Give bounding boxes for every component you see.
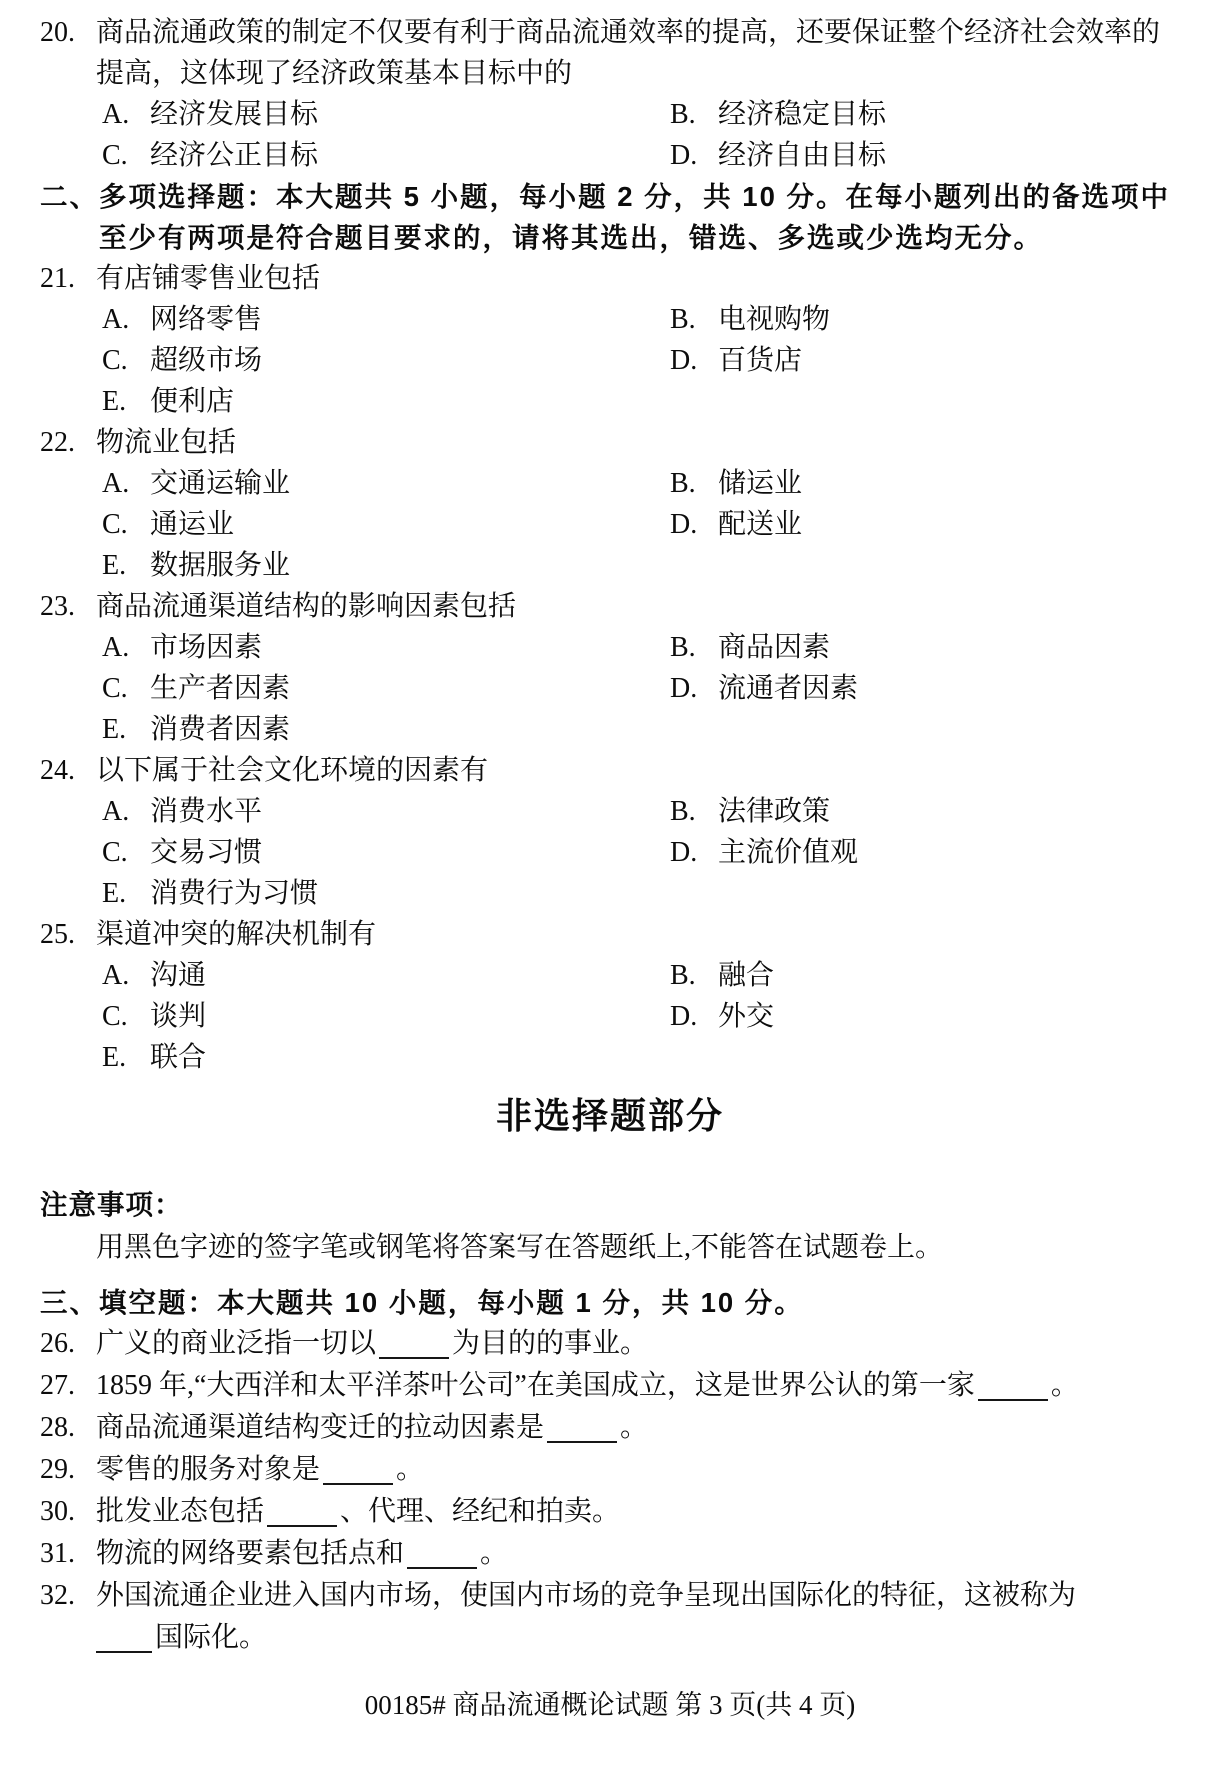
answer-blank — [978, 1399, 1048, 1401]
question-23-options: A.市场因素 B.商品因素 C.生产者因素 D.流通者因素 E.消费者因素 — [102, 627, 1180, 750]
question-22-number: 22. — [40, 422, 96, 463]
question-25: 25. 渠道冲突的解决机制有 — [40, 914, 1180, 955]
option-21-b: B.电视购物 — [670, 299, 1180, 340]
question-20-text: 商品流通政策的制定不仅要有利于商品流通效率的提高，还要保证整个经济社会效率的提高… — [96, 12, 1180, 94]
question-21-options: A.网络零售 B.电视购物 C.超级市场 D.百货店 E.便利店 — [102, 299, 1180, 422]
question-22: 22. 物流业包括 — [40, 422, 1180, 463]
question-28-text: 商品流通渠道结构变迁的拉动因素是。 — [96, 1407, 1180, 1449]
option-23-e-text: 消费者因素 — [150, 714, 290, 745]
option-23-d-text: 流通者因素 — [718, 673, 858, 704]
option-22-b-text: 储运业 — [718, 468, 802, 499]
question-26-post: 为目的的事业。 — [452, 1328, 648, 1359]
question-25-text: 渠道冲突的解决机制有 — [96, 914, 1180, 955]
question-29: 29. 零售的服务对象是。 — [40, 1449, 1180, 1491]
option-20-c: C.经济公正目标 — [102, 135, 670, 176]
option-24-d: D.主流价值观 — [670, 832, 1180, 873]
answer-blank — [96, 1651, 152, 1653]
option-23-c-text: 生产者因素 — [150, 673, 290, 704]
option-23-d: D.流通者因素 — [670, 668, 1180, 709]
option-22-a-label: A. — [102, 463, 150, 504]
question-30-pre: 批发业态包括 — [96, 1496, 264, 1527]
question-32: 32. 外国流通企业进入国内市场，使国内市场的竞争呈现出国际化的特征，这被称为国… — [40, 1575, 1180, 1659]
notice-body: 用黑色字迹的签字笔或钢笔将答案写在答题纸上,不能答在试题卷上。 — [40, 1227, 1180, 1268]
option-25-c: C.谈判 — [102, 996, 670, 1037]
question-29-pre: 零售的服务对象是 — [96, 1454, 320, 1485]
option-21-e-text: 便利店 — [150, 386, 234, 417]
option-25-d-label: D. — [670, 996, 718, 1037]
option-24-e: E.消费行为习惯 — [102, 873, 670, 914]
question-21-text: 有店铺零售业包括 — [96, 258, 1180, 299]
option-21-d: D.百货店 — [670, 340, 1180, 381]
option-23-b-label: B. — [670, 627, 718, 668]
question-23-text: 商品流通渠道结构的影响因素包括 — [96, 586, 1180, 627]
question-31-pre: 物流的网络要素包括点和 — [96, 1538, 404, 1569]
question-30-text: 批发业态包括、代理、经纪和拍卖。 — [96, 1491, 1180, 1533]
option-24-d-label: D. — [670, 832, 718, 873]
option-24-c: C.交易习惯 — [102, 832, 670, 873]
question-31-number: 31. — [40, 1533, 96, 1575]
option-20-a-text: 经济发展目标 — [150, 99, 318, 130]
question-26: 26. 广义的商业泛指一切以为目的的事业。 — [40, 1323, 1180, 1365]
option-21-a: A.网络零售 — [102, 299, 670, 340]
question-23: 23. 商品流通渠道结构的影响因素包括 — [40, 586, 1180, 627]
question-20: 20. 商品流通政策的制定不仅要有利于商品流通效率的提高，还要保证整个经济社会效… — [40, 12, 1180, 94]
option-22-a-text: 交通运输业 — [150, 468, 290, 499]
option-21-e-label: E. — [102, 381, 150, 422]
answer-blank — [407, 1567, 477, 1569]
question-22-text: 物流业包括 — [96, 422, 1180, 463]
option-25-d-text: 外交 — [718, 1001, 774, 1032]
option-24-a-text: 消费水平 — [150, 796, 262, 827]
question-24-text: 以下属于社会文化环境的因素有 — [96, 750, 1180, 791]
answer-blank — [267, 1525, 337, 1527]
option-22-b: B.储运业 — [670, 463, 1180, 504]
question-27-text: 1859 年,“大西洋和太平洋茶叶公司”在美国成立，这是世界公认的第一家。 — [96, 1365, 1180, 1407]
option-21-c: C.超级市场 — [102, 340, 670, 381]
option-23-b-text: 商品因素 — [718, 632, 830, 663]
option-21-c-text: 超级市场 — [150, 345, 262, 376]
option-21-b-text: 电视购物 — [718, 304, 830, 335]
option-22-d: D.配送业 — [670, 504, 1180, 545]
option-20-a-label: A. — [102, 94, 150, 135]
option-23-e-label: E. — [102, 709, 150, 750]
option-25-d: D.外交 — [670, 996, 1180, 1037]
question-28-pre: 商品流通渠道结构变迁的拉动因素是 — [96, 1412, 544, 1443]
question-22-options: A.交通运输业 B.储运业 C.通运业 D.配送业 E.数据服务业 — [102, 463, 1180, 586]
answer-blank — [323, 1483, 393, 1485]
option-20-b-label: B. — [670, 94, 718, 135]
option-23-d-label: D. — [670, 668, 718, 709]
option-24-a-label: A. — [102, 791, 150, 832]
option-21-b-label: B. — [670, 299, 718, 340]
question-23-number: 23. — [40, 586, 96, 627]
question-27-post: 。 — [1051, 1370, 1079, 1401]
option-21-a-label: A. — [102, 299, 150, 340]
question-26-pre: 广义的商业泛指一切以 — [96, 1328, 376, 1359]
question-32-number: 32. — [40, 1575, 96, 1617]
option-22-c-text: 通运业 — [150, 509, 234, 540]
option-21-e: E.便利店 — [102, 381, 670, 422]
option-20-d: D.经济自由目标 — [670, 135, 1180, 176]
question-20-options: A.经济发展目标 B.经济稳定目标 C.经济公正目标 D.经济自由目标 — [102, 94, 1180, 176]
question-21-number: 21. — [40, 258, 96, 299]
question-26-number: 26. — [40, 1323, 96, 1365]
option-25-b-label: B. — [670, 955, 718, 996]
option-24-e-label: E. — [102, 873, 150, 914]
question-25-number: 25. — [40, 914, 96, 955]
answer-blank — [379, 1357, 449, 1359]
question-32-text: 外国流通企业进入国内市场，使国内市场的竞争呈现出国际化的特征，这被称为国际化。 — [96, 1575, 1180, 1659]
answer-blank — [547, 1441, 617, 1443]
question-24-options: A.消费水平 B.法律政策 C.交易习惯 D.主流价值观 E.消费行为习惯 — [102, 791, 1180, 914]
option-20-c-label: C. — [102, 135, 150, 176]
notice-title: 注意事项： — [40, 1184, 1180, 1225]
question-29-text: 零售的服务对象是。 — [96, 1449, 1180, 1491]
option-23-a: A.市场因素 — [102, 627, 670, 668]
question-20-number: 20. — [40, 12, 96, 53]
option-22-e-text: 数据服务业 — [150, 550, 290, 581]
option-23-b: B.商品因素 — [670, 627, 1180, 668]
page-content: 20. 商品流通政策的制定不仅要有利于商品流通效率的提高，还要保证整个经济社会效… — [0, 0, 1228, 1723]
question-26-text: 广义的商业泛指一切以为目的的事业。 — [96, 1323, 1180, 1365]
section-3-header: 三、 填空题：本大题共 10 小题，每小题 1 分，共 10 分。 — [40, 1282, 1180, 1323]
option-25-b-text: 融合 — [718, 960, 774, 991]
option-22-c-label: C. — [102, 504, 150, 545]
option-24-b: B.法律政策 — [670, 791, 1180, 832]
question-30-number: 30. — [40, 1491, 96, 1533]
question-31-text: 物流的网络要素包括点和。 — [96, 1533, 1180, 1575]
question-29-post: 。 — [396, 1454, 424, 1485]
option-24-b-label: B. — [670, 791, 718, 832]
option-20-d-text: 经济自由目标 — [718, 140, 886, 171]
question-32-post: 国际化。 — [155, 1622, 267, 1653]
page-footer: 00185# 商品流通概论试题 第 3 页(共 4 页) — [40, 1687, 1180, 1723]
option-22-e: E.数据服务业 — [102, 545, 670, 586]
question-28-number: 28. — [40, 1407, 96, 1449]
question-32-pre: 外国流通企业进入国内市场，使国内市场的竞争呈现出国际化的特征，这被称为 — [96, 1580, 1076, 1611]
option-22-b-label: B. — [670, 463, 718, 504]
option-24-e-text: 消费行为习惯 — [150, 878, 318, 909]
option-24-a: A.消费水平 — [102, 791, 670, 832]
section-2-title: 多项选择题：本大题共 5 小题，每小题 2 分，共 10 分。在每小题列出的备选… — [99, 176, 1180, 258]
option-22-d-label: D. — [670, 504, 718, 545]
question-28-post: 。 — [620, 1412, 648, 1443]
option-20-b: B.经济稳定目标 — [670, 94, 1180, 135]
question-24: 24. 以下属于社会文化环境的因素有 — [40, 750, 1180, 791]
option-21-d-text: 百货店 — [718, 345, 802, 376]
option-25-e-label: E. — [102, 1037, 150, 1078]
option-23-a-label: A. — [102, 627, 150, 668]
option-22-c: C.通运业 — [102, 504, 670, 545]
option-25-e: E.联合 — [102, 1037, 670, 1078]
question-31-post: 。 — [480, 1538, 508, 1569]
section-3-number: 三、 — [40, 1282, 99, 1323]
option-25-c-label: C. — [102, 996, 150, 1037]
section-2-number: 二、 — [40, 176, 99, 217]
question-24-number: 24. — [40, 750, 96, 791]
option-25-a-text: 沟通 — [150, 960, 206, 991]
option-24-c-text: 交易习惯 — [150, 837, 262, 868]
question-30-post: 、代理、经纪和拍卖。 — [340, 1496, 620, 1527]
option-23-a-text: 市场因素 — [150, 632, 262, 663]
option-24-c-label: C. — [102, 832, 150, 873]
question-29-number: 29. — [40, 1449, 96, 1491]
option-25-c-text: 谈判 — [150, 1001, 206, 1032]
question-30: 30. 批发业态包括、代理、经纪和拍卖。 — [40, 1491, 1180, 1533]
non-choice-part-heading: 非选择题部分 — [40, 1094, 1180, 1138]
option-23-c-label: C. — [102, 668, 150, 709]
option-23-c: C.生产者因素 — [102, 668, 670, 709]
option-22-d-text: 配送业 — [718, 509, 802, 540]
section-3-title: 填空题：本大题共 10 小题，每小题 1 分，共 10 分。 — [99, 1282, 1180, 1323]
question-27: 27. 1859 年,“大西洋和太平洋茶叶公司”在美国成立，这是世界公认的第一家… — [40, 1365, 1180, 1407]
option-20-b-text: 经济稳定目标 — [718, 99, 886, 130]
option-25-b: B.融合 — [670, 955, 1180, 996]
option-25-a: A.沟通 — [102, 955, 670, 996]
option-21-c-label: C. — [102, 340, 150, 381]
question-28: 28. 商品流通渠道结构变迁的拉动因素是。 — [40, 1407, 1180, 1449]
option-22-a: A.交通运输业 — [102, 463, 670, 504]
question-25-options: A.沟通 B.融合 C.谈判 D.外交 E.联合 — [102, 955, 1180, 1078]
option-20-a: A.经济发展目标 — [102, 94, 670, 135]
section-2-header: 二、 多项选择题：本大题共 5 小题，每小题 2 分，共 10 分。在每小题列出… — [40, 176, 1180, 258]
option-24-b-text: 法律政策 — [718, 796, 830, 827]
option-25-a-label: A. — [102, 955, 150, 996]
question-27-pre: 1859 年,“大西洋和太平洋茶叶公司”在美国成立，这是世界公认的第一家 — [96, 1370, 975, 1401]
option-21-a-text: 网络零售 — [150, 304, 262, 335]
question-31: 31. 物流的网络要素包括点和。 — [40, 1533, 1180, 1575]
option-20-d-label: D. — [670, 135, 718, 176]
question-21: 21. 有店铺零售业包括 — [40, 258, 1180, 299]
option-22-e-label: E. — [102, 545, 150, 586]
question-27-number: 27. — [40, 1365, 96, 1407]
option-23-e: E.消费者因素 — [102, 709, 670, 750]
option-25-e-text: 联合 — [150, 1042, 206, 1073]
option-24-d-text: 主流价值观 — [718, 837, 858, 868]
option-21-d-label: D. — [670, 340, 718, 381]
option-20-c-text: 经济公正目标 — [150, 140, 318, 171]
exam-page: 20. 商品流通政策的制定不仅要有利于商品流通效率的提高，还要保证整个经济社会效… — [0, 0, 1228, 1770]
